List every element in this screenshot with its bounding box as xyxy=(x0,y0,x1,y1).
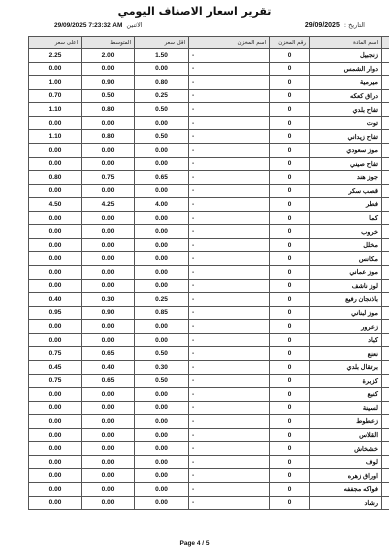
store-name-cell: - xyxy=(189,157,270,171)
store-name-cell: - xyxy=(189,360,270,374)
store-number-cell: 0 xyxy=(270,143,310,157)
store-number-cell: 0 xyxy=(270,428,310,442)
avg-price-cell: 0.00 xyxy=(82,455,135,469)
min-price-cell: 0.50 xyxy=(135,130,189,144)
min-price-cell: 0.00 xyxy=(135,496,189,510)
max-price-cell: 1.10 xyxy=(29,103,82,117)
store-number-cell: 0 xyxy=(270,320,310,334)
date-label: التاريخ : xyxy=(344,21,365,29)
item-code-cell: 132 xyxy=(382,428,389,442)
table-row: 120لوز ناشف0-0.000.000.00 xyxy=(29,279,389,293)
table-row: 135اوراق زهره0-0.000.000.00 xyxy=(29,469,389,483)
item-code-cell: 119 xyxy=(382,266,389,280)
avg-price-cell: 0.90 xyxy=(82,76,135,90)
store-number-cell: 0 xyxy=(270,415,310,429)
item-name-cell: موز لبناني xyxy=(310,306,382,320)
min-price-cell: 0.50 xyxy=(135,103,189,117)
item-name-cell: دراق كعكه xyxy=(310,89,382,103)
item-code-cell: 107 xyxy=(382,130,389,144)
min-price-cell: 0.30 xyxy=(135,360,189,374)
report-date: التاريخ : 29/09/2025 xyxy=(305,21,365,29)
item-code-cell: 109 xyxy=(382,157,389,171)
avg-price-cell: 0.00 xyxy=(82,266,135,280)
store-number-cell: 0 xyxy=(270,184,310,198)
store-name-cell: - xyxy=(189,103,270,117)
min-price-cell: 0.00 xyxy=(135,211,189,225)
table-row: 124كباد0-0.000.000.00 xyxy=(29,333,389,347)
avg-price-cell: 0.00 xyxy=(82,143,135,157)
item-name-cell: مخلل xyxy=(310,238,382,252)
item-code-cell: 106 xyxy=(382,116,389,130)
store-name-cell: - xyxy=(189,211,270,225)
avg-price-cell: 0.00 xyxy=(82,211,135,225)
store-name-cell: - xyxy=(189,415,270,429)
avg-price-cell: 0.00 xyxy=(82,483,135,497)
item-code-cell: 136 xyxy=(382,483,389,497)
store-number-cell: 0 xyxy=(270,496,310,510)
store-name-cell: - xyxy=(189,116,270,130)
avg-price-cell: 0.00 xyxy=(82,401,135,415)
store-name-cell: - xyxy=(189,89,270,103)
avg-price-cell: 0.00 xyxy=(82,388,135,402)
max-price-cell: 0.00 xyxy=(29,469,82,483)
avg-price-cell: 0.75 xyxy=(82,171,135,185)
min-price-cell: 0.85 xyxy=(135,306,189,320)
store-number-cell: 0 xyxy=(270,347,310,361)
item-code-cell: 118 xyxy=(382,252,389,266)
item-code-cell: 125 xyxy=(382,347,389,361)
max-price-cell: 0.00 xyxy=(29,428,82,442)
item-code-cell: 113 xyxy=(382,184,389,198)
min-price-cell: 0.00 xyxy=(135,428,189,442)
item-name-cell: تفاح بلدي xyxy=(310,103,382,117)
item-code-cell: 108 xyxy=(382,143,389,157)
item-name-cell: رشاد xyxy=(310,496,382,510)
item-code-cell: 122 xyxy=(382,306,389,320)
table-row: 106توت0-0.000.000.00 xyxy=(29,116,389,130)
item-code-cell: 103 xyxy=(382,76,389,90)
min-price-cell: 0.00 xyxy=(135,184,189,198)
avg-price-cell: 0.50 xyxy=(82,89,135,103)
item-code-cell: 137 xyxy=(382,496,389,510)
max-price-cell: 0.00 xyxy=(29,266,82,280)
item-code-cell: 135 xyxy=(382,469,389,483)
store-name-cell: - xyxy=(189,483,270,497)
item-code-cell: 105 xyxy=(382,103,389,117)
item-name-cell: كباد xyxy=(310,333,382,347)
max-price-cell: 0.00 xyxy=(29,401,82,415)
item-name-cell: زعرور xyxy=(310,320,382,334)
max-price-cell: 0.45 xyxy=(29,360,82,374)
avg-price-cell: 0.00 xyxy=(82,496,135,510)
min-price-cell: 0.00 xyxy=(135,157,189,171)
store-name-cell: - xyxy=(189,320,270,334)
min-price-cell: 0.00 xyxy=(135,225,189,239)
max-price-cell: 0.00 xyxy=(29,496,82,510)
store-number-cell: 0 xyxy=(270,116,310,130)
store-number-cell: 0 xyxy=(270,401,310,415)
item-code-cell: 117 xyxy=(382,238,389,252)
table-row: 108موز سعودي0-0.000.000.00 xyxy=(29,143,389,157)
prices-table: رقم المادة اسم المادة رقم المخزن اسم الم… xyxy=(28,36,389,510)
store-name-cell: - xyxy=(189,238,270,252)
store-name-cell: - xyxy=(189,252,270,266)
min-price-cell: 0.00 xyxy=(135,388,189,402)
store-name-cell: - xyxy=(189,428,270,442)
header-store-number: رقم المخزن xyxy=(270,37,310,49)
max-price-cell: 0.00 xyxy=(29,143,82,157)
table-body: 101زنجبيل0-1.502.002.25102دوار الشمس0-0.… xyxy=(29,49,389,510)
store-number-cell: 0 xyxy=(270,225,310,239)
store-name-cell: - xyxy=(189,143,270,157)
store-name-cell: - xyxy=(189,184,270,198)
table-row: 121باذنجان رفيع0-0.250.300.40 xyxy=(29,293,389,307)
item-code-cell: 126 xyxy=(382,360,389,374)
min-price-cell: 4.00 xyxy=(135,198,189,212)
avg-price-cell: 0.00 xyxy=(82,469,135,483)
max-price-cell: 0.00 xyxy=(29,157,82,171)
item-name-cell: اوراق زهره xyxy=(310,469,382,483)
store-name-cell: - xyxy=(189,266,270,280)
item-name-cell: خشخاش xyxy=(310,442,382,456)
max-price-cell: 0.00 xyxy=(29,62,82,76)
header-store-name: اسم المخزن xyxy=(189,37,270,49)
store-name-cell: - xyxy=(189,442,270,456)
item-name-cell: تفاح زيداني xyxy=(310,130,382,144)
item-name-cell: برتقال بلدي xyxy=(310,360,382,374)
item-code-cell: 115 xyxy=(382,211,389,225)
date-value: 29/09/2025 xyxy=(305,22,340,29)
avg-price-cell: 0.00 xyxy=(82,320,135,334)
min-price-cell: 0.00 xyxy=(135,320,189,334)
table-row: 117مخلل0-0.000.000.00 xyxy=(29,238,389,252)
store-number-cell: 0 xyxy=(270,157,310,171)
header-max-price: اعلى سعر xyxy=(29,37,82,49)
avg-price-cell: 0.00 xyxy=(82,62,135,76)
store-number-cell: 0 xyxy=(270,442,310,456)
table-row: 137رشاد0-0.000.000.00 xyxy=(29,496,389,510)
max-price-cell: 4.50 xyxy=(29,198,82,212)
store-name-cell: - xyxy=(189,171,270,185)
item-name-cell: زعطوط xyxy=(310,415,382,429)
avg-price-cell: 0.40 xyxy=(82,360,135,374)
store-number-cell: 0 xyxy=(270,198,310,212)
max-price-cell: 0.00 xyxy=(29,279,82,293)
item-name-cell: زنجبيل xyxy=(310,49,382,63)
max-price-cell: 1.00 xyxy=(29,76,82,90)
item-name-cell: موز عماني xyxy=(310,266,382,280)
table-row: 126برتقال بلدي0-0.300.400.45 xyxy=(29,360,389,374)
max-price-cell: 0.00 xyxy=(29,455,82,469)
item-name-cell: فطر xyxy=(310,198,382,212)
avg-price-cell: 0.00 xyxy=(82,116,135,130)
max-price-cell: 2.25 xyxy=(29,49,82,63)
item-name-cell: خروب xyxy=(310,225,382,239)
store-name-cell: - xyxy=(189,198,270,212)
store-number-cell: 0 xyxy=(270,333,310,347)
max-price-cell: 0.00 xyxy=(29,333,82,347)
store-number-cell: 0 xyxy=(270,62,310,76)
avg-price-cell: 0.00 xyxy=(82,252,135,266)
max-price-cell: 0.00 xyxy=(29,388,82,402)
item-name-cell: القلاس xyxy=(310,428,382,442)
table-row: 122موز لبناني0-0.850.900.95 xyxy=(29,306,389,320)
store-number-cell: 0 xyxy=(270,360,310,374)
table-row: 115كما0-0.000.000.00 xyxy=(29,211,389,225)
avg-price-cell: 0.80 xyxy=(82,130,135,144)
min-price-cell: 0.25 xyxy=(135,293,189,307)
max-price-cell: 0.00 xyxy=(29,238,82,252)
item-code-cell: 120 xyxy=(382,279,389,293)
avg-price-cell: 0.00 xyxy=(82,157,135,171)
store-number-cell: 0 xyxy=(270,388,310,402)
item-code-cell: 114 xyxy=(382,198,389,212)
min-price-cell: 0.00 xyxy=(135,469,189,483)
store-number-cell: 0 xyxy=(270,89,310,103)
item-name-cell: فواكه مجففه xyxy=(310,483,382,497)
item-name-cell: لوف xyxy=(310,455,382,469)
item-code-cell: 102 xyxy=(382,62,389,76)
table-row: 102دوار الشمس0-0.000.000.00 xyxy=(29,62,389,76)
max-price-cell: 0.75 xyxy=(29,347,82,361)
item-name-cell: لوز ناشف xyxy=(310,279,382,293)
table-row: 127كزبرة0-0.500.650.75 xyxy=(29,374,389,388)
max-price-cell: 0.00 xyxy=(29,252,82,266)
table-row: 130زعطوط0-0.000.000.00 xyxy=(29,415,389,429)
min-price-cell: 0.00 xyxy=(135,116,189,130)
item-name-cell: قصب سكر xyxy=(310,184,382,198)
store-number-cell: 0 xyxy=(270,49,310,63)
store-number-cell: 0 xyxy=(270,374,310,388)
min-price-cell: 0.00 xyxy=(135,455,189,469)
max-price-cell: 0.00 xyxy=(29,116,82,130)
store-number-cell: 0 xyxy=(270,279,310,293)
avg-price-cell: 0.00 xyxy=(82,333,135,347)
avg-price-cell: 0.00 xyxy=(82,279,135,293)
item-name-cell: كما xyxy=(310,211,382,225)
item-code-cell: 123 xyxy=(382,320,389,334)
avg-price-cell: 4.25 xyxy=(82,198,135,212)
header-avg-price: المتوسط xyxy=(82,37,135,49)
item-code-cell: 133 xyxy=(382,442,389,456)
item-code-cell: 128 xyxy=(382,388,389,402)
store-number-cell: 0 xyxy=(270,103,310,117)
min-price-cell: 0.00 xyxy=(135,442,189,456)
item-code-cell: 116 xyxy=(382,225,389,239)
avg-price-cell: 0.00 xyxy=(82,428,135,442)
table-row: 136فواكه مجففه0-0.000.000.00 xyxy=(29,483,389,497)
item-code-cell: 101 xyxy=(382,49,389,63)
store-number-cell: 0 xyxy=(270,469,310,483)
store-name-cell: - xyxy=(189,279,270,293)
max-price-cell: 0.40 xyxy=(29,293,82,307)
item-code-cell: 127 xyxy=(382,374,389,388)
store-name-cell: - xyxy=(189,225,270,239)
avg-price-cell: 0.30 xyxy=(82,293,135,307)
avg-price-cell: 0.80 xyxy=(82,103,135,117)
table-row: 123زعرور0-0.000.000.00 xyxy=(29,320,389,334)
store-number-cell: 0 xyxy=(270,483,310,497)
max-price-cell: 0.75 xyxy=(29,374,82,388)
min-price-cell: 0.00 xyxy=(135,279,189,293)
avg-price-cell: 0.90 xyxy=(82,306,135,320)
table-row: 116خروب0-0.000.000.00 xyxy=(29,225,389,239)
max-price-cell: 0.00 xyxy=(29,442,82,456)
day-label: الاثنين xyxy=(126,21,142,29)
store-name-cell: - xyxy=(189,455,270,469)
table-row: 125نعنع0-0.500.650.75 xyxy=(29,347,389,361)
item-name-cell: باذنجان رفيع xyxy=(310,293,382,307)
table-row: 119موز عماني0-0.000.000.00 xyxy=(29,266,389,280)
min-price-cell: 0.00 xyxy=(135,252,189,266)
store-name-cell: - xyxy=(189,469,270,483)
avg-price-cell: 2.00 xyxy=(82,49,135,63)
min-price-cell: 0.80 xyxy=(135,76,189,90)
table-row: 128كنبع0-0.000.000.00 xyxy=(29,388,389,402)
avg-price-cell: 0.00 xyxy=(82,415,135,429)
store-number-cell: 0 xyxy=(270,455,310,469)
header-min-price: اقل سعر xyxy=(135,37,189,49)
avg-price-cell: 0.00 xyxy=(82,225,135,239)
store-number-cell: 0 xyxy=(270,238,310,252)
item-name-cell: تفاح صيني xyxy=(310,157,382,171)
store-number-cell: 0 xyxy=(270,306,310,320)
table-row: 105تفاح بلدي0-0.500.801.10 xyxy=(29,103,389,117)
item-name-cell: جوز هند xyxy=(310,171,382,185)
store-number-cell: 0 xyxy=(270,76,310,90)
store-name-cell: - xyxy=(189,374,270,388)
max-price-cell: 0.00 xyxy=(29,184,82,198)
page-number: Page 4 / 5 xyxy=(0,540,389,547)
table-row: 134لوف0-0.000.000.00 xyxy=(29,455,389,469)
min-price-cell: 1.50 xyxy=(135,49,189,63)
min-price-cell: 0.00 xyxy=(135,415,189,429)
store-number-cell: 0 xyxy=(270,171,310,185)
max-price-cell: 0.00 xyxy=(29,225,82,239)
min-price-cell: 0.25 xyxy=(135,89,189,103)
table-row: 107تفاح زيداني0-0.500.801.10 xyxy=(29,130,389,144)
max-price-cell: 0.00 xyxy=(29,483,82,497)
item-name-cell: ميرمية xyxy=(310,76,382,90)
store-number-cell: 0 xyxy=(270,211,310,225)
max-price-cell: 0.70 xyxy=(29,89,82,103)
item-name-cell: موز سعودي xyxy=(310,143,382,157)
table-row: 129لسينة0-0.000.000.00 xyxy=(29,401,389,415)
item-code-cell: 104 xyxy=(382,89,389,103)
print-timestamp: الاثنين 29/09/2025 7:23:32 AM xyxy=(54,21,143,29)
item-code-cell: 124 xyxy=(382,333,389,347)
header-item-name: اسم المادة xyxy=(310,37,382,49)
table-row: 110جوز هند0-0.650.750.80 xyxy=(29,171,389,185)
table-header-row: رقم المادة اسم المادة رقم المخزن اسم الم… xyxy=(29,37,389,49)
item-name-cell: نعنع xyxy=(310,347,382,361)
item-code-cell: 134 xyxy=(382,455,389,469)
printed-at: 29/09/2025 7:23:32 AM xyxy=(54,22,122,29)
min-price-cell: 0.00 xyxy=(135,62,189,76)
max-price-cell: 0.80 xyxy=(29,171,82,185)
item-code-cell: 110 xyxy=(382,171,389,185)
min-price-cell: 0.00 xyxy=(135,238,189,252)
max-price-cell: 0.95 xyxy=(29,306,82,320)
avg-price-cell: 0.65 xyxy=(82,374,135,388)
max-price-cell: 0.00 xyxy=(29,211,82,225)
max-price-cell: 0.00 xyxy=(29,320,82,334)
header-item-code: رقم المادة xyxy=(382,37,389,49)
table-row: 104دراق كعكه0-0.250.500.70 xyxy=(29,89,389,103)
item-name-cell: مكانس xyxy=(310,252,382,266)
min-price-cell: 0.00 xyxy=(135,143,189,157)
item-name-cell: كزبرة xyxy=(310,374,382,388)
min-price-cell: 0.00 xyxy=(135,266,189,280)
item-name-cell: كنبع xyxy=(310,388,382,402)
item-name-cell: لسينة xyxy=(310,401,382,415)
avg-price-cell: 0.65 xyxy=(82,347,135,361)
store-name-cell: - xyxy=(189,130,270,144)
item-name-cell: دوار الشمس xyxy=(310,62,382,76)
table-row: 109تفاح صيني0-0.000.000.00 xyxy=(29,157,389,171)
min-price-cell: 0.00 xyxy=(135,483,189,497)
store-name-cell: - xyxy=(189,293,270,307)
min-price-cell: 0.00 xyxy=(135,333,189,347)
store-name-cell: - xyxy=(189,388,270,402)
store-name-cell: - xyxy=(189,401,270,415)
min-price-cell: 0.00 xyxy=(135,401,189,415)
min-price-cell: 0.50 xyxy=(135,347,189,361)
store-number-cell: 0 xyxy=(270,252,310,266)
store-number-cell: 0 xyxy=(270,130,310,144)
table-row: 118مكانس0-0.000.000.00 xyxy=(29,252,389,266)
store-name-cell: - xyxy=(189,76,270,90)
table-row: 113قصب سكر0-0.000.000.00 xyxy=(29,184,389,198)
min-price-cell: 0.50 xyxy=(135,374,189,388)
item-code-cell: 121 xyxy=(382,293,389,307)
table-row: 103ميرمية0-0.800.901.00 xyxy=(29,76,389,90)
table-row: 114فطر0-4.004.254.50 xyxy=(29,198,389,212)
min-price-cell: 0.65 xyxy=(135,171,189,185)
avg-price-cell: 0.00 xyxy=(82,184,135,198)
store-name-cell: - xyxy=(189,306,270,320)
table-row: 101زنجبيل0-1.502.002.25 xyxy=(29,49,389,63)
item-name-cell: توت xyxy=(310,116,382,130)
item-code-cell: 129 xyxy=(382,401,389,415)
avg-price-cell: 0.00 xyxy=(82,442,135,456)
max-price-cell: 0.00 xyxy=(29,415,82,429)
table-row: 133خشخاش0-0.000.000.00 xyxy=(29,442,389,456)
table-row: 132القلاس0-0.000.000.00 xyxy=(29,428,389,442)
store-name-cell: - xyxy=(189,333,270,347)
avg-price-cell: 0.00 xyxy=(82,238,135,252)
item-code-cell: 130 xyxy=(382,415,389,429)
store-number-cell: 0 xyxy=(270,266,310,280)
store-name-cell: - xyxy=(189,49,270,63)
store-name-cell: - xyxy=(189,347,270,361)
store-name-cell: - xyxy=(189,496,270,510)
report-title: تقرير اسعار الاصناف اليومي xyxy=(0,5,389,18)
store-name-cell: - xyxy=(189,62,270,76)
max-price-cell: 1.10 xyxy=(29,130,82,144)
store-number-cell: 0 xyxy=(270,293,310,307)
